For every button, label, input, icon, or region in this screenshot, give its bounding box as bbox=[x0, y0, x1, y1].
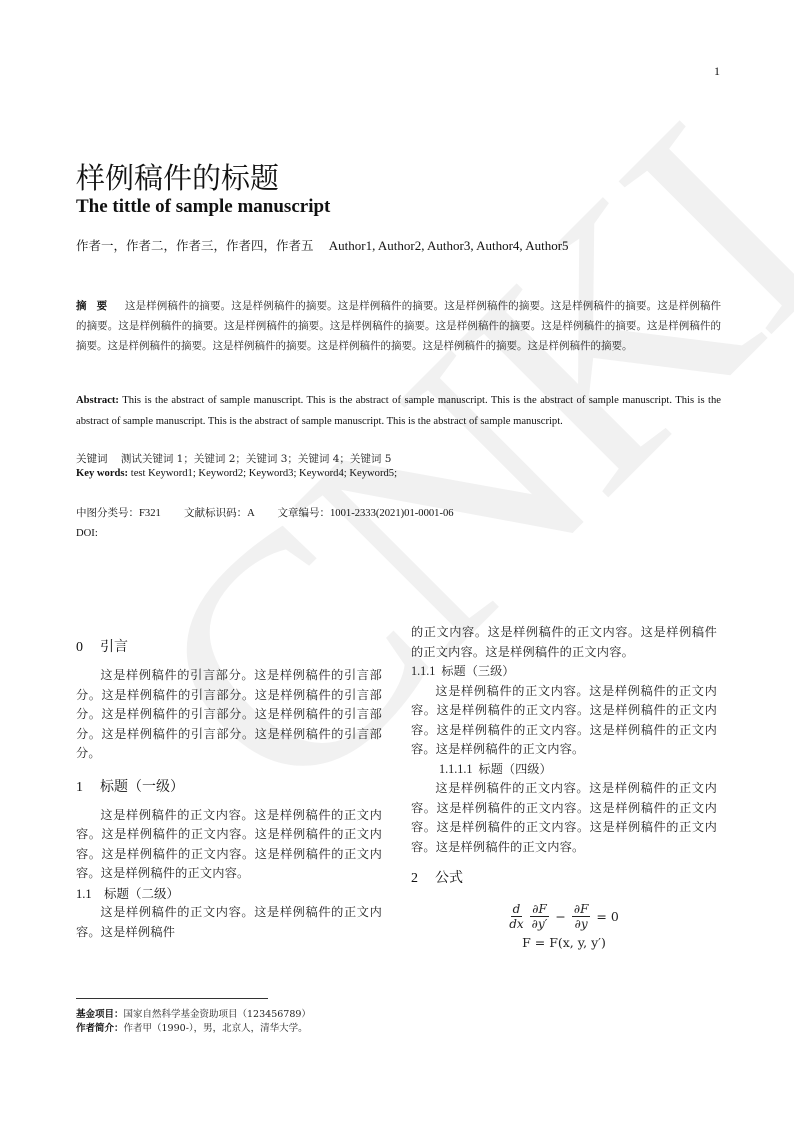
section-title: 标题（四级） bbox=[479, 762, 552, 776]
equals-zero: = 0 bbox=[596, 907, 618, 927]
fraction-dF-dyprime: ∂F ∂y′ bbox=[530, 902, 550, 931]
author-bio-text: 作者甲（1990-），男，北京人，清华大学。 bbox=[124, 1023, 308, 1034]
formula-euler-lagrange: d dx ∂F ∂y′ − ∂F ∂y = 0 bbox=[411, 899, 717, 931]
section-heading-2: 2公式 bbox=[411, 867, 717, 889]
section-number: 2 bbox=[411, 868, 435, 890]
section-number: 1.1.1.1 bbox=[439, 762, 473, 776]
title-english: The tittle of sample manuscript bbox=[76, 196, 330, 218]
page-number: 1 bbox=[700, 64, 720, 79]
author-line: 作者一，作者二，作者三，作者四，作者五 Author1, Author2, Au… bbox=[76, 236, 569, 254]
fraction-d-dx: d dx bbox=[507, 902, 525, 931]
keywords-english: Key words: test Keyword1; Keyword2; Keyw… bbox=[76, 468, 397, 479]
abstract-chinese: 摘要 这是样例稿件的摘要。这是样例稿件的摘要。这是样例稿件的摘要。这是样例稿件的… bbox=[76, 296, 721, 356]
section-heading-1-1: 1.1标题（二级） bbox=[76, 884, 382, 904]
section-title: 引言 bbox=[100, 639, 128, 655]
clc-label: 中图分类号： bbox=[76, 507, 139, 519]
section-title: 标题（三级） bbox=[441, 664, 514, 678]
funding-label: 基金项目： bbox=[76, 1009, 124, 1020]
keywords-english-label: Key words: bbox=[76, 468, 128, 479]
formula-function-definition: F = F(x, y, y′) bbox=[411, 933, 717, 953]
authors-chinese: 作者一，作者二，作者三，作者四，作者五 bbox=[76, 238, 314, 253]
section-0-paragraph: 这是样例稿件的引言部分。这是样例稿件的引言部分。这是样例稿件的引言部分。这是样例… bbox=[76, 666, 382, 764]
doi-line: DOI: bbox=[76, 528, 98, 539]
section-1-1-paragraph-continued: 的正文内容。这是样例稿件的正文内容。这是样例稿件的正文内容。这是样例稿件的正文内… bbox=[411, 623, 717, 662]
abstract-chinese-text: 这是样例稿件的摘要。这是样例稿件的摘要。这是样例稿件的摘要。这是样例稿件的摘要。… bbox=[76, 300, 721, 352]
footnote-author-bio: 作者简介：作者甲（1990-），男，北京人，清华大学。 bbox=[76, 1020, 476, 1034]
section-1-paragraph: 这是样例稿件的正文内容。这是样例稿件的正文内容。这是样例稿件的正文内容。这是样例… bbox=[76, 806, 382, 884]
clc-value: F321 bbox=[139, 508, 161, 519]
classification-line: 中图分类号：F321 文献标识码：A 文章编号：1001-2333(2021)0… bbox=[76, 505, 454, 520]
abstract-chinese-label: 摘要 bbox=[76, 300, 117, 312]
section-heading-0: 0引言 bbox=[76, 636, 382, 658]
doc-code-label: 文献标识码： bbox=[184, 507, 247, 519]
section-heading-1-1-1: 1.1.1标题（三级） bbox=[411, 662, 717, 682]
section-number: 1.1.1 bbox=[411, 664, 435, 678]
section-heading-1: 1标题（一级） bbox=[76, 776, 382, 798]
abstract-english: Abstract: This is the abstract of sample… bbox=[76, 390, 721, 432]
abstract-english-label: Abstract: bbox=[76, 395, 119, 406]
column-left: 0引言 这是样例稿件的引言部分。这是样例稿件的引言部分。这是样例稿件的引言部分。… bbox=[76, 632, 382, 942]
minus-sign: − bbox=[555, 907, 565, 927]
section-1-1-1-1-paragraph: 这是样例稿件的正文内容。这是样例稿件的正文内容。这是样例稿件的正文内容。这是样例… bbox=[411, 779, 717, 857]
abstract-english-text: This is the abstract of sample manuscrip… bbox=[76, 395, 721, 427]
column-right: 的正文内容。这是样例稿件的正文内容。这是样例稿件的正文内容。这是样例稿件的正文内… bbox=[411, 623, 717, 953]
footnote-divider bbox=[76, 998, 268, 999]
section-number: 1.1 bbox=[76, 885, 104, 905]
article-number-label: 文章编号： bbox=[278, 507, 331, 519]
keywords-chinese-label: 关键词 bbox=[76, 453, 108, 465]
keywords-chinese: 关键词 测试关键词 1；关键词 2；关键词 3；关键词 4；关键词 5 bbox=[76, 451, 391, 466]
author-bio-label: 作者简介： bbox=[76, 1023, 124, 1034]
title-chinese: 样例稿件的标题 bbox=[76, 156, 279, 197]
section-number: 1 bbox=[76, 777, 100, 799]
keywords-chinese-text: 测试关键词 1；关键词 2；关键词 3；关键词 4；关键词 5 bbox=[121, 453, 392, 465]
keywords-english-text: test Keyword1; Keyword2; Keyword3; Keywo… bbox=[131, 468, 397, 479]
section-number: 0 bbox=[76, 637, 100, 659]
authors-english: Author1, Author2, Author3, Author4, Auth… bbox=[329, 238, 569, 253]
section-1-1-paragraph-start: 这是样例稿件的正文内容。这是样例稿件的正文内容。这是样例稿件 bbox=[76, 903, 382, 942]
funding-text: 国家自然科学基金资助项目（123456789） bbox=[124, 1009, 311, 1020]
article-number-value: 1001-2333(2021)01-0001-06 bbox=[330, 508, 454, 519]
section-heading-1-1-1-1: 1.1.1.1标题（四级） bbox=[411, 760, 717, 780]
section-title: 标题（二级） bbox=[104, 886, 179, 901]
section-1-1-1-paragraph: 这是样例稿件的正文内容。这是样例稿件的正文内容。这是样例稿件的正文内容。这是样例… bbox=[411, 682, 717, 760]
footnote-funding: 基金项目：国家自然科学基金资助项目（123456789） bbox=[76, 1006, 476, 1020]
doc-code-value: A bbox=[247, 508, 254, 519]
section-title: 标题（一级） bbox=[100, 779, 184, 795]
section-title: 公式 bbox=[435, 870, 463, 886]
fraction-dF-dy: ∂F ∂y bbox=[572, 902, 591, 931]
